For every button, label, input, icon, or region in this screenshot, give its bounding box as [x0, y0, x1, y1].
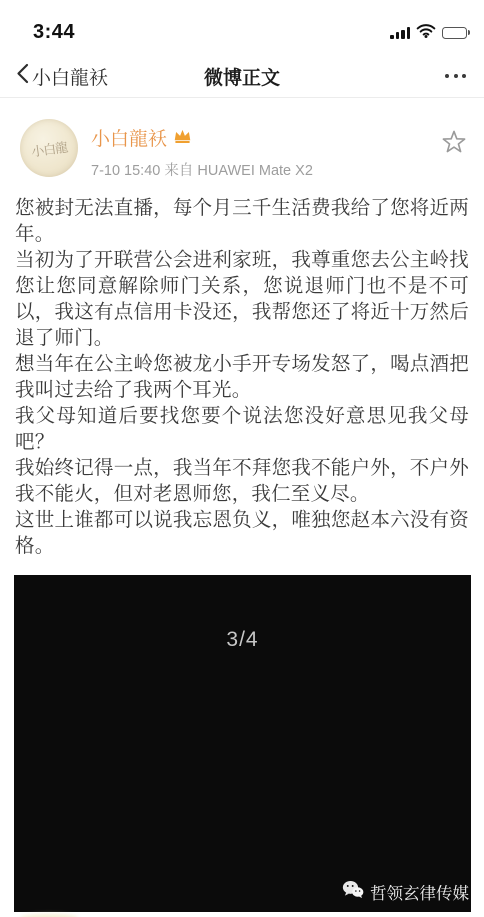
clock: 3:44: [33, 21, 75, 44]
image-watermark: 哲领玄律传媒: [342, 880, 469, 904]
post-body: 您被封无法直播，每个月三千生活费我给了您将近两年。 当初为了开联营公会进利家班，…: [15, 195, 469, 559]
more-dots-icon: [445, 74, 449, 78]
avatar[interactable]: 小白龍: [20, 119, 78, 177]
wechat-icon: [342, 880, 364, 904]
back-label: 小白龍袄: [32, 63, 108, 90]
star-icon: [441, 129, 467, 159]
battery-icon: [442, 27, 470, 39]
post-header: 小白龍 小白龍袄 7-10 15:40 来自 HUAWEI Mate X2: [20, 119, 469, 180]
post-paragraph: 当初为了开联营公会进利家班，我尊重您去公主岭找您让您同意解除师门关系，您说退师门…: [15, 247, 469, 351]
avatar-script-text: 小白龍: [30, 136, 68, 160]
crown-badge-icon: [173, 127, 192, 149]
post-paragraph: 您被封无法直播，每个月三千生活费我给了您将近两年。: [15, 195, 469, 247]
post-image[interactable]: 3/4 哲领玄律传媒: [14, 575, 471, 912]
cellular-signal-icon: [390, 27, 410, 39]
author-info: 小白龍袄 7-10 15:40 来自 HUAWEI Mate X2: [91, 119, 313, 180]
image-page-indicator: 3/4: [14, 628, 471, 652]
author-name[interactable]: 小白龍袄: [91, 124, 167, 151]
post-paragraph: 我始终记得一点，我当年不拜您我不能户外，不户外我不能火，但对老恩师您，我仁至义尽…: [15, 455, 469, 507]
nav-bar: 小白龍袄 微博正文: [0, 55, 484, 98]
more-button[interactable]: [443, 68, 468, 84]
favorite-button[interactable]: [439, 127, 469, 161]
chevron-left-icon: [16, 63, 29, 89]
post-meta: 7-10 15:40 来自 HUAWEI Mate X2: [91, 159, 313, 180]
post-paragraph: 我父母知道后要找您要个说法您没好意思见我父母吧？: [15, 403, 469, 455]
status-bar: 3:44: [0, 0, 484, 55]
watermark-text: 哲领玄律传媒: [370, 880, 469, 904]
status-icons: [390, 23, 470, 43]
wifi-icon: [416, 23, 436, 43]
post-paragraph: 想当年在公主岭您被龙小手开专场发怒了，喝点酒把我叫过去给了我两个耳光。: [15, 351, 469, 403]
post-paragraph: 这世上谁都可以说我忘恩负义，唯独您赵本六没有资格。: [15, 507, 469, 559]
back-button[interactable]: 小白龍袄: [16, 63, 108, 90]
